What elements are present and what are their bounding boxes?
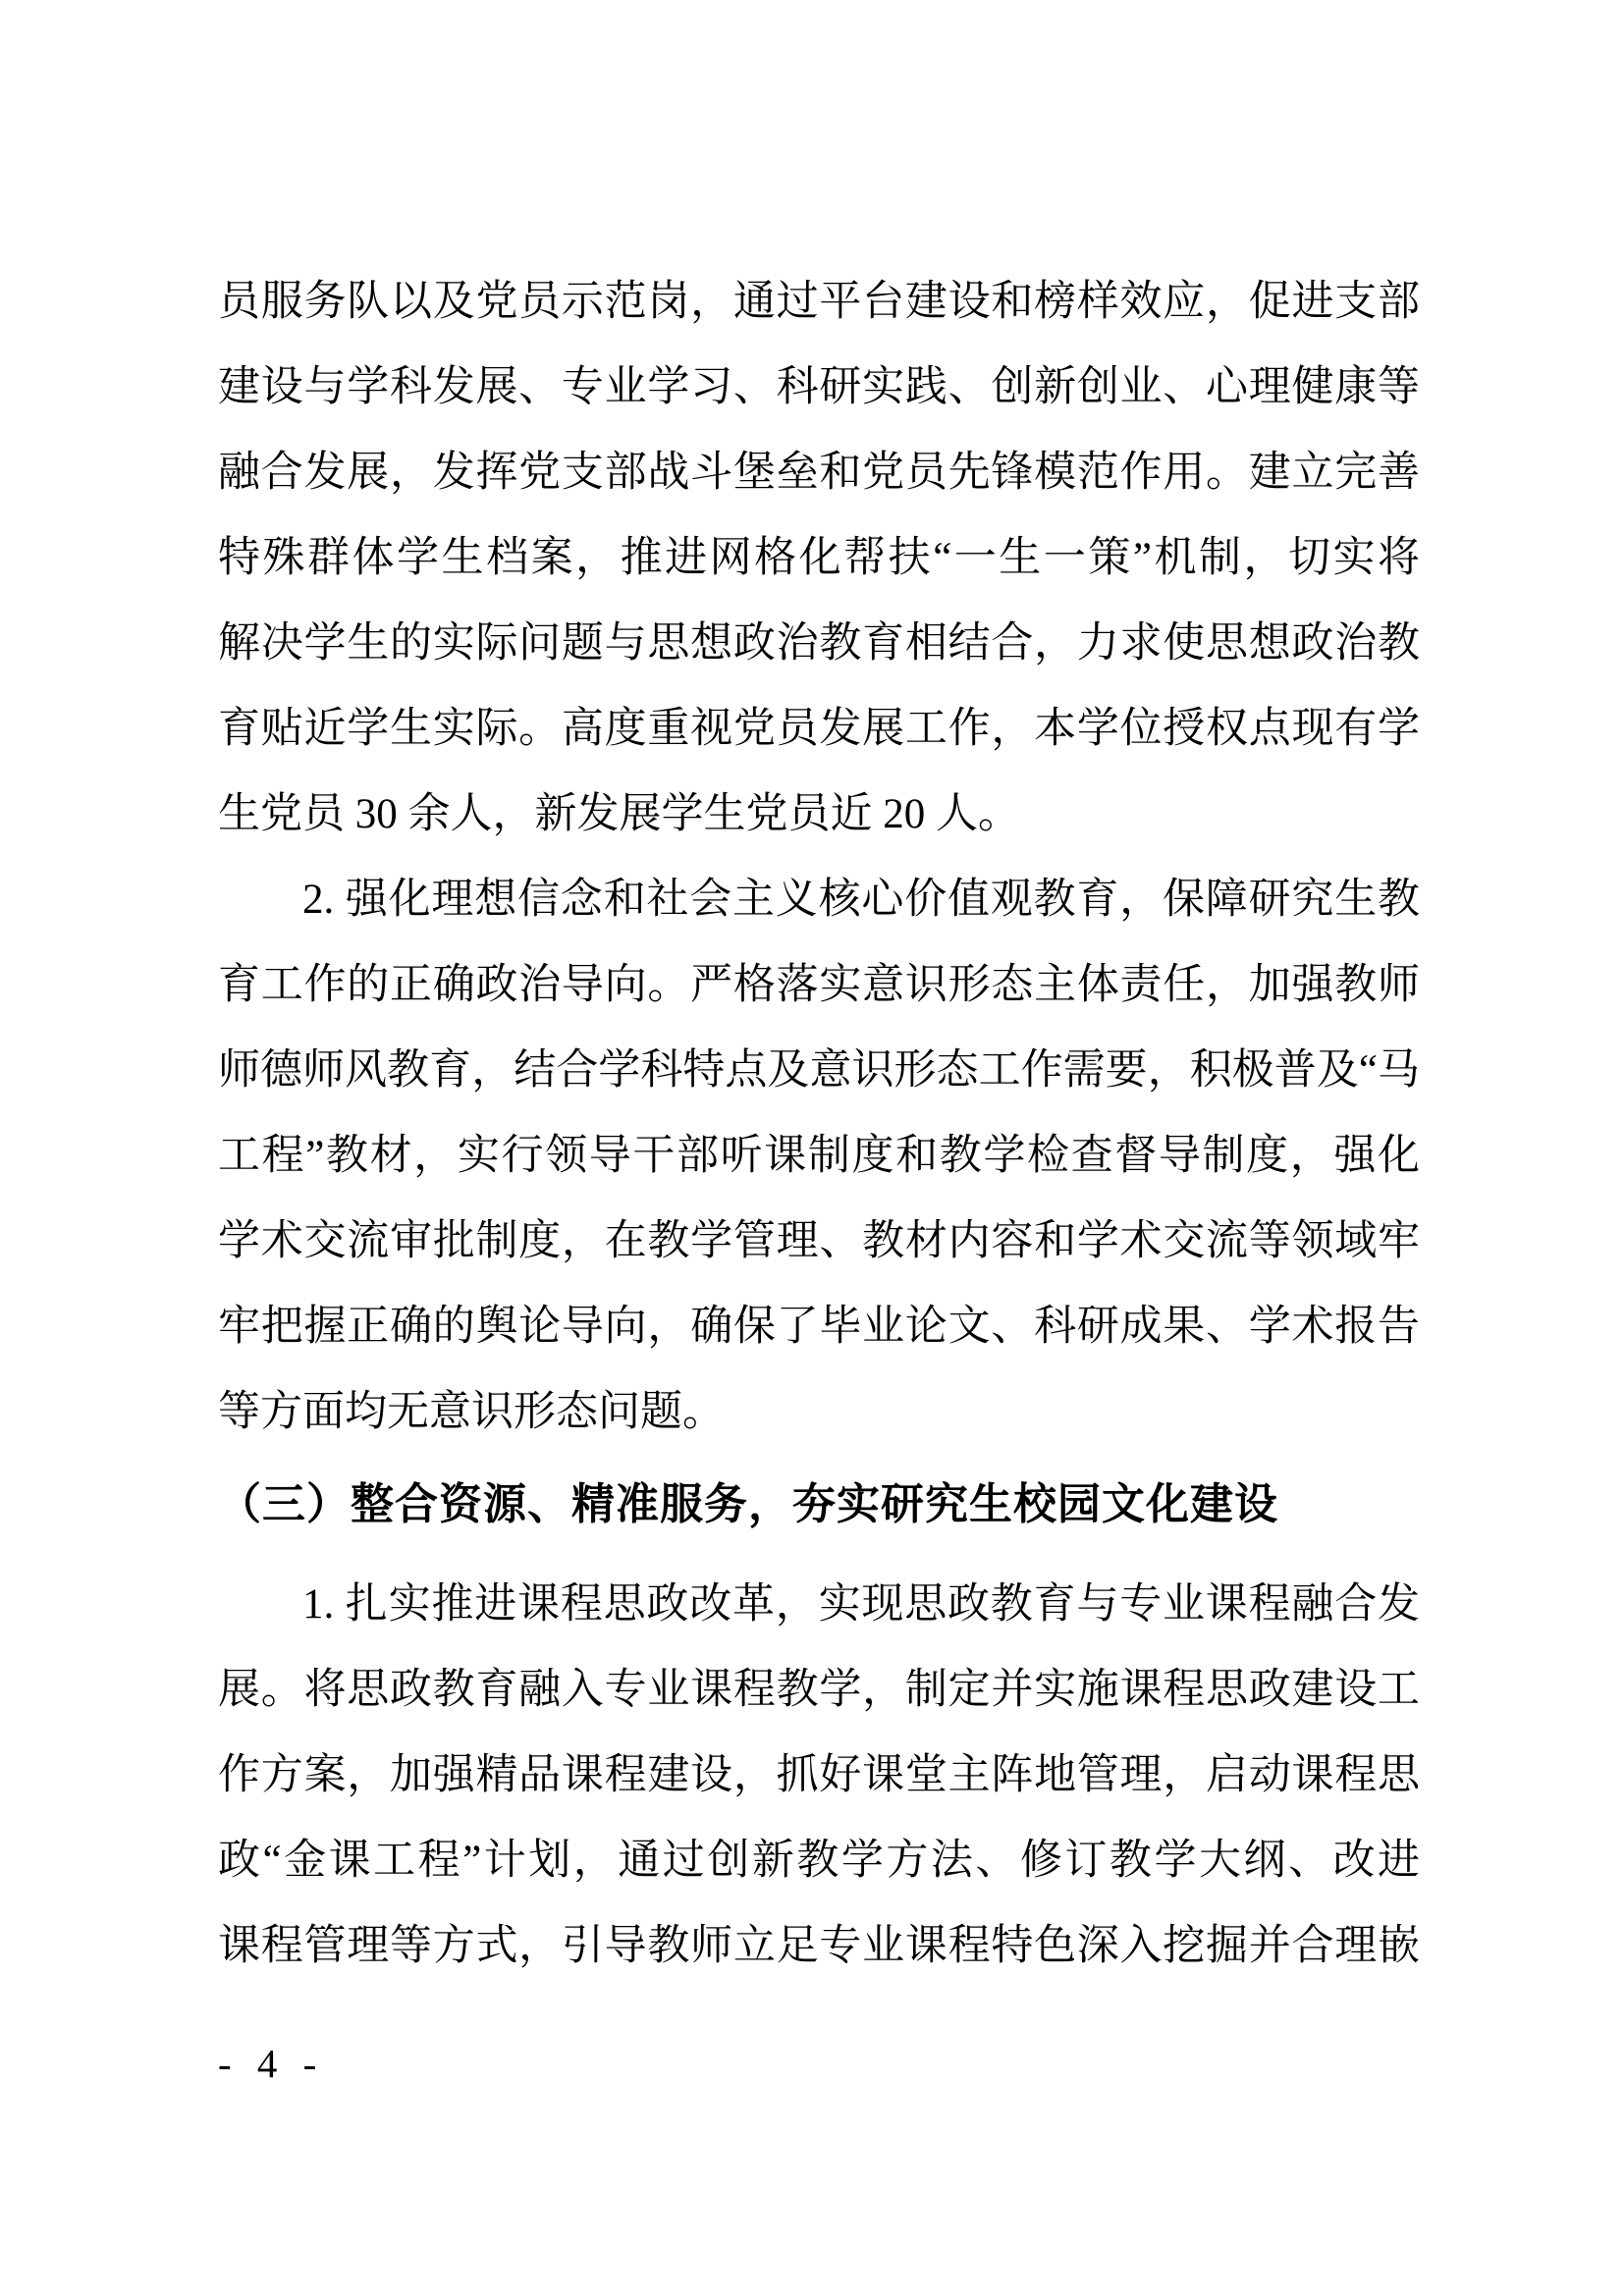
paragraph-line: 工程”教材，实行领导干部听课制度和教学检查督导制度，强化: [218, 1113, 1420, 1199]
paragraph-line: 1. 扎实推进课程思政改革，实现思政教育与专业课程融合发: [218, 1562, 1420, 1647]
paragraph-line: 等方面均无意识形态问题。: [218, 1369, 1420, 1455]
paragraph-line: 解决学生的实际问题与思想政治教育相结合，力求使思想政治教: [218, 601, 1420, 686]
paragraph-line: 作方案，加强精品课程建设，抓好课堂主阵地管理，启动课程思: [218, 1733, 1420, 1818]
paragraph-line: 2. 强化理想信念和社会主义核心价值观教育，保障研究生教: [218, 857, 1420, 942]
paragraph-line: 建设与学科发展、专业学习、科研实践、创新创业、心理健康等: [218, 345, 1420, 430]
paragraph-line: 展。将思政教育融入专业课程教学，制定并实施课程思政建设工: [218, 1647, 1420, 1733]
paragraph-line: 师德师风教育，结合学科特点及意识形态工作需要，积极普及“马: [218, 1028, 1420, 1113]
paragraph-line: 员服务队以及党员示范岗，通过平台建设和榜样效应，促进支部: [218, 259, 1420, 345]
paragraph-line: 课程管理等方式，引导教师立足专业课程特色深入挖掘并合理嵌: [218, 1903, 1420, 1989]
paragraph-line: 融合发展，发挥党支部战斗堡垒和党员先锋模范作用。建立完善: [218, 430, 1420, 515]
document-body: 员服务队以及党员示范岗，通过平台建设和榜样效应，促进支部建设与学科发展、专业学习…: [218, 259, 1420, 1989]
paragraph-line: 育工作的正确政治导向。严格落实意识形态主体责任，加强教师: [218, 942, 1420, 1028]
paragraph-line: 生党员 30 余人，新发展学生党员近 20 人。: [218, 772, 1420, 857]
paragraph-line: 学术交流审批制度，在教学管理、教材内容和学术交流等领域牢: [218, 1199, 1420, 1284]
paragraph-line: 育贴近学生实际。高度重视党员发展工作，本学位授权点现有学: [218, 686, 1420, 772]
paragraph-line: 牢把握正确的舆论导向，确保了毕业论文、科研成果、学术报告: [218, 1284, 1420, 1369]
document-page: 员服务队以及党员示范岗，通过平台建设和榜样效应，促进支部建设与学科发展、专业学习…: [0, 0, 1624, 2296]
paragraph-line: 特殊群体学生档案，推进网格化帮扶“一生一策”机制，切实将: [218, 515, 1420, 601]
section-heading: （三）整合资源、精准服务，夯实研究生校园文化建设: [218, 1462, 1420, 1547]
paragraph-line: 政“金课工程”计划，通过创新教学方法、修订教学大纲、改进: [218, 1818, 1420, 1903]
page-number: - 4 -: [218, 2040, 324, 2087]
